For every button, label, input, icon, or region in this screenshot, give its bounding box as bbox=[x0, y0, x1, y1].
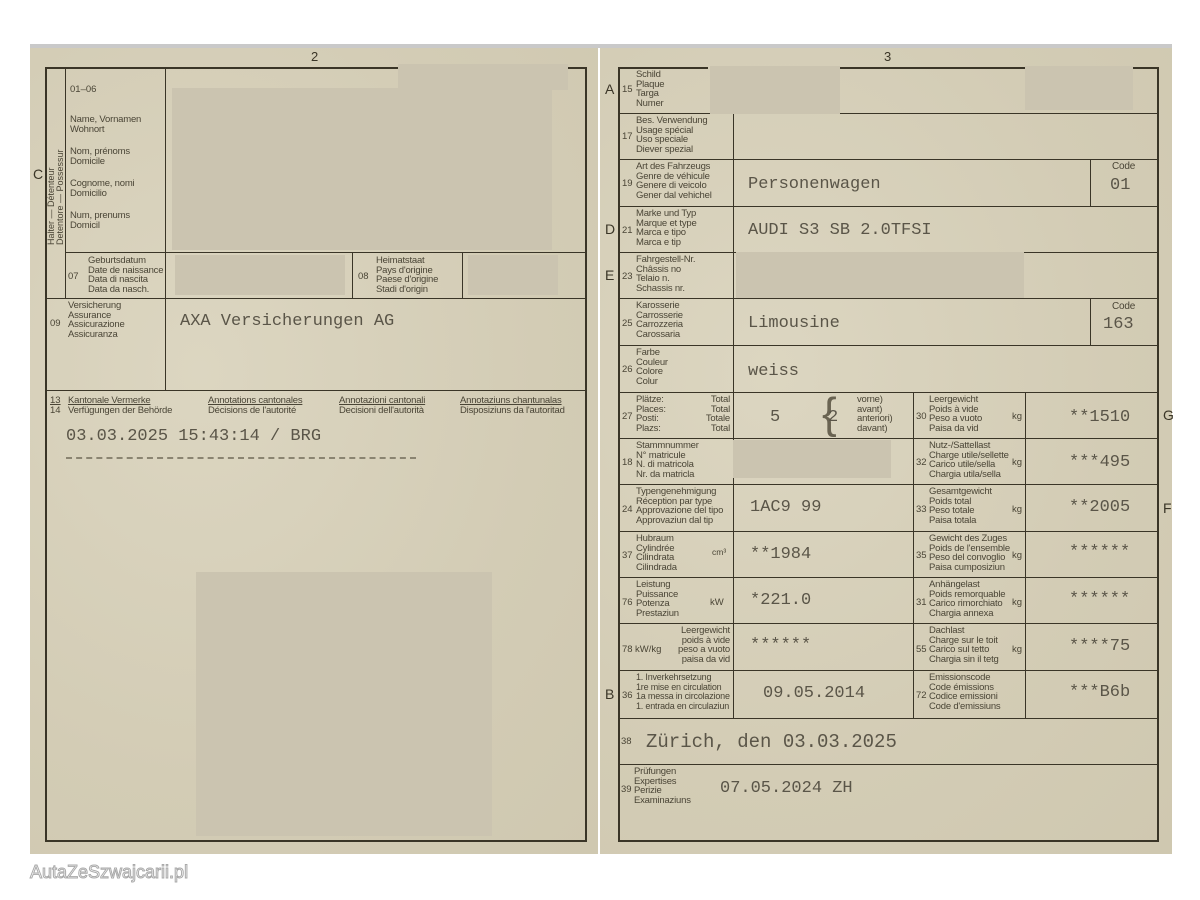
field-label: TypengenehmigungRéception par typeApprov… bbox=[636, 487, 723, 525]
frame-line bbox=[1025, 392, 1026, 718]
annotation-value: 03.03.2025 15:43:14 / BRG bbox=[66, 427, 321, 446]
side-letter-d: D bbox=[605, 221, 615, 237]
field-code-17: 17 bbox=[622, 131, 633, 142]
frame-line bbox=[618, 577, 1159, 578]
redacted-matricule bbox=[733, 440, 891, 478]
redacted-origin bbox=[468, 255, 558, 295]
roof-load-value: ****75 bbox=[1069, 637, 1130, 656]
field-label: Fahrgestell-Nr.Châssis noTelaio n.Schass… bbox=[636, 255, 695, 293]
emission-code-value: ***B6b bbox=[1069, 683, 1130, 702]
make-model-value: AUDI S3 SB 2.0TFSI bbox=[748, 221, 932, 240]
field-label: 1. Inverkehrsetzung1re mise en circulati… bbox=[636, 673, 730, 711]
field-label: SchildPlaqueTargaNumer bbox=[636, 70, 664, 108]
displacement-value: **1984 bbox=[750, 545, 811, 564]
field-label: GesamtgewichtPoids totalPeso totalePaisa… bbox=[929, 487, 992, 525]
frame-line bbox=[618, 345, 1159, 346]
field-label: Nom, prénomsDomicile bbox=[70, 147, 130, 166]
field-label: Name, VornamenWohnort bbox=[70, 115, 141, 134]
field-code-14: 14 bbox=[50, 405, 61, 416]
vehicle-type-code: 01 bbox=[1110, 176, 1130, 195]
side-letter-f: F bbox=[1163, 500, 1172, 516]
frame-line bbox=[618, 67, 620, 841]
field-code-78: 78 bbox=[622, 644, 633, 655]
frame-line bbox=[618, 484, 1159, 485]
frame-line bbox=[618, 298, 1159, 299]
seats-total-value: 5 bbox=[770, 408, 780, 427]
frame-line bbox=[45, 67, 398, 69]
unit-kw: kW bbox=[710, 597, 724, 608]
body-type-value: Limousine bbox=[748, 314, 840, 333]
seats-front-value: 2 bbox=[828, 408, 838, 427]
field-label: Annotaziuns chantunalasDisposiziuns da l… bbox=[460, 396, 565, 415]
field-label: DachlastCharge sur le toitCarico sul tet… bbox=[929, 626, 999, 664]
side-letter-b: B bbox=[605, 686, 614, 702]
unit-cm3: cm³ bbox=[712, 547, 726, 557]
field-label: EmissionscodeCode émissionsCodice emissi… bbox=[929, 673, 1000, 711]
field-label: PrüfungenExpertisesPerizieExaminaziuns bbox=[634, 767, 691, 805]
field-label: LeergewichtPoids à videPeso a vuotoPaisa… bbox=[929, 395, 982, 433]
power-value: *221.0 bbox=[750, 591, 811, 610]
field-label: Nutz-/SattellastCharge utile/selletteCar… bbox=[929, 441, 1009, 479]
field-code-18: 18 bbox=[622, 457, 633, 468]
field-code-07: 07 bbox=[68, 271, 79, 282]
first-registration-value: 09.05.2014 bbox=[763, 684, 865, 703]
frame-line bbox=[618, 113, 1159, 114]
field-label: Gewicht des ZugesPoids de l'ensemblePeso… bbox=[929, 534, 1010, 572]
side-letter-g: G bbox=[1163, 407, 1174, 423]
field-code-25: 25 bbox=[622, 318, 633, 329]
power-weight-value: ****** bbox=[750, 636, 811, 655]
unit-kg: kg bbox=[1012, 457, 1022, 468]
trailer-load-value: ****** bbox=[1069, 590, 1130, 609]
watermark: AutaZeSzwajcarii.pl bbox=[30, 862, 188, 883]
frame-line bbox=[618, 438, 1159, 439]
field-label: Annotazioni cantonaliDecisioni dell'auto… bbox=[339, 396, 425, 415]
frame-line bbox=[585, 67, 587, 841]
frame-line bbox=[1157, 67, 1159, 841]
body-type-code: 163 bbox=[1103, 315, 1134, 334]
field-code-30: 30 bbox=[916, 411, 927, 422]
frame-line bbox=[733, 113, 734, 719]
frame-line bbox=[462, 252, 463, 299]
redacted-plate bbox=[710, 66, 840, 114]
frame-line bbox=[618, 840, 1159, 842]
redacted-chassis bbox=[736, 252, 1024, 298]
side-letter-a: A bbox=[605, 81, 614, 97]
field-label: Num, prenumsDomicil bbox=[70, 211, 130, 230]
unit-kg: kg bbox=[1012, 597, 1022, 608]
insurance-value: AXA Versicherungen AG bbox=[180, 312, 394, 331]
frame-line bbox=[65, 67, 66, 299]
field-label: GeburtsdatumDate de naissanceData di nas… bbox=[88, 256, 163, 294]
inspection-value: 07.05.2024 ZH bbox=[720, 779, 853, 798]
field-code-38: 38 bbox=[621, 736, 632, 747]
frame-line bbox=[618, 206, 1159, 207]
field-code-01-06: 01–06 bbox=[70, 84, 96, 95]
field-code-72: 72 bbox=[916, 690, 927, 701]
field-code-08: 08 bbox=[358, 271, 369, 282]
field-label: Marke und TypMarque et typeMarca e tipoM… bbox=[636, 209, 697, 247]
field-code-55: 55 bbox=[916, 644, 927, 655]
frame-line bbox=[618, 67, 708, 69]
dashed-line bbox=[66, 457, 416, 459]
frame-line bbox=[913, 392, 914, 718]
train-weight-value: ****** bbox=[1069, 543, 1130, 562]
field-code-27: 27 bbox=[622, 411, 633, 422]
page-number-3: 3 bbox=[884, 49, 891, 64]
frame-line bbox=[1090, 298, 1091, 345]
frame-line bbox=[1090, 159, 1091, 206]
frame-line bbox=[618, 718, 1159, 719]
field-code-33: 33 bbox=[916, 504, 927, 515]
field-code-15: 15 bbox=[622, 84, 633, 95]
redacted-holder-name bbox=[172, 88, 552, 250]
frame-line bbox=[618, 670, 1159, 671]
field-code-35: 35 bbox=[916, 550, 927, 561]
unit-kg: kg bbox=[1012, 504, 1022, 515]
field-label: Annotations cantonalesDécisions de l'aut… bbox=[208, 396, 302, 415]
field-code-26: 26 bbox=[622, 364, 633, 375]
frame-line bbox=[618, 623, 1159, 624]
field-label: Cognome, nomiDomicilio bbox=[70, 179, 134, 198]
field-label: TotalTotalTotaleTotal bbox=[700, 395, 730, 433]
empty-weight-value: **1510 bbox=[1069, 408, 1130, 427]
field-label: Bes. VerwendungUsage spécialUso speciale… bbox=[636, 116, 707, 154]
field-label: vorne)avant)anteriori)davant) bbox=[857, 395, 893, 433]
field-label: FarbeCouleurColoreColur bbox=[636, 348, 668, 386]
unit-kg: kg bbox=[1012, 644, 1022, 655]
color-value: weiss bbox=[748, 362, 799, 381]
field-label: HubraumCylindréeCilindrataCilindrada bbox=[636, 534, 677, 572]
field-label: StammnummerN° matriculeN. di matricolaNr… bbox=[636, 441, 699, 479]
field-code-21: 21 bbox=[622, 225, 633, 236]
field-code-23: 23 bbox=[622, 271, 633, 282]
code-label: Code bbox=[1112, 162, 1135, 172]
field-label: LeistungPuissancePotenzaPrestaziun bbox=[636, 580, 679, 618]
frame-line bbox=[352, 252, 353, 299]
field-label: Plätze:Places:Posti:Plazs: bbox=[636, 395, 666, 433]
field-code-39: 39 bbox=[621, 784, 632, 795]
field-label: KarosserieCarrosserieCarrozzeriaCarossar… bbox=[636, 301, 683, 339]
frame-line bbox=[165, 67, 166, 390]
frame-line bbox=[65, 252, 585, 253]
frame-line bbox=[618, 159, 1159, 160]
field-code-19: 19 bbox=[622, 178, 633, 189]
field-code-36: 36 bbox=[622, 690, 633, 701]
issue-place-date-value: Zürich, den 03.03.2025 bbox=[646, 731, 897, 753]
unit-kg: kg bbox=[1012, 550, 1022, 561]
payload-value: ***495 bbox=[1069, 453, 1130, 472]
field-code-09: 09 bbox=[50, 318, 61, 329]
field-label: AnhängelastPoids remorquableCarico rimor… bbox=[929, 580, 1005, 618]
field-label: Leergewichtpoids à videpeso a vuotopaisa… bbox=[668, 626, 730, 664]
side-letter-e: E bbox=[605, 267, 614, 283]
frame-line bbox=[45, 390, 585, 391]
redacted-birthdate bbox=[175, 255, 345, 295]
frame-line bbox=[45, 840, 587, 842]
unit-kg: kg bbox=[1012, 411, 1022, 422]
redacted-plate bbox=[1025, 66, 1133, 110]
field-code-31: 31 bbox=[916, 597, 927, 608]
redacted-stamp bbox=[196, 572, 492, 836]
field-code-32: 32 bbox=[916, 457, 927, 468]
side-letter-c: C bbox=[33, 166, 43, 182]
page-number-2: 2 bbox=[311, 49, 318, 64]
frame-line bbox=[618, 531, 1159, 532]
field-label: Art des FahrzeugsGenre de véhiculeGenere… bbox=[636, 162, 712, 200]
field-label: HeimatstaatPays d'originePaese d'origine… bbox=[376, 256, 438, 294]
code-label: Code bbox=[1112, 302, 1135, 312]
redacted-holder-name bbox=[398, 64, 568, 90]
field-label: Kantonale VermerkeVerfügungen der Behörd… bbox=[68, 396, 172, 415]
field-label: VersicherungAssuranceAssicurazioneAssicu… bbox=[68, 301, 125, 339]
holder-vertical-label: Detentore — Possessur bbox=[56, 149, 65, 245]
field-code-24: 24 bbox=[622, 504, 633, 515]
total-weight-value: **2005 bbox=[1069, 498, 1130, 517]
field-code-37: 37 bbox=[622, 550, 633, 561]
vehicle-type-value: Personenwagen bbox=[748, 175, 881, 194]
frame-line bbox=[45, 298, 585, 299]
frame-line bbox=[618, 764, 1159, 765]
frame-line bbox=[618, 392, 1159, 393]
field-code-76: 76 bbox=[622, 597, 633, 608]
unit-kw-kg: kW/kg bbox=[635, 644, 661, 655]
type-approval-value: 1AC9 99 bbox=[750, 498, 821, 517]
